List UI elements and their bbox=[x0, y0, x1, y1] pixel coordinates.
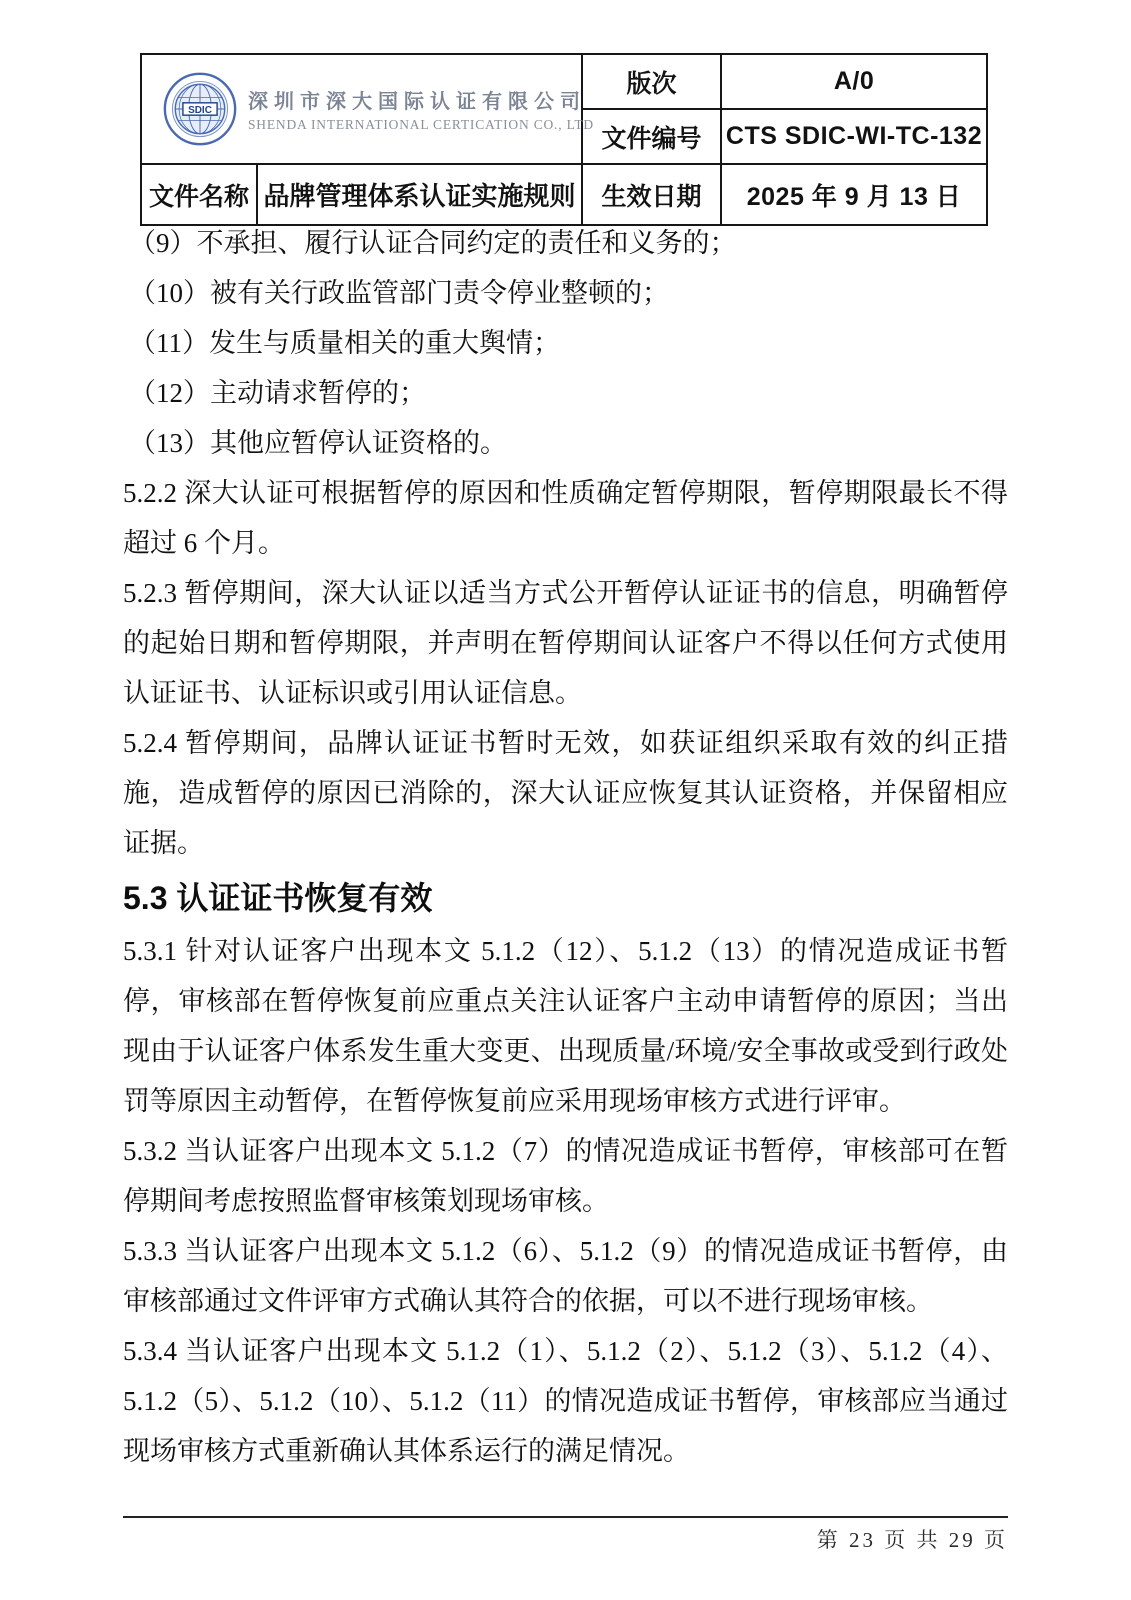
doc-number-value: CTS SDIC-WI-TC-132 bbox=[721, 109, 987, 164]
document-page: SDIC 深圳市深大国际认证有限公司 SHENDA INTERNATIONAL … bbox=[0, 0, 1131, 1600]
doc-name-label: 文件名称 bbox=[141, 164, 257, 225]
clause-5-3-1: 5.3.1 针对认证客户出现本文 5.1.2（12）、5.1.2（13）的情况造… bbox=[123, 926, 1008, 1126]
company-header-cell: SDIC 深圳市深大国际认证有限公司 SHENDA INTERNATIONAL … bbox=[141, 54, 582, 164]
clause-5-2-2: 5.2.2 深大认证可根据暂停的原因和性质确定暂停期限，暂停期限最长不得超过 6… bbox=[123, 468, 1008, 568]
document-header-table: SDIC 深圳市深大国际认证有限公司 SHENDA INTERNATIONAL … bbox=[140, 53, 988, 226]
effective-date-label: 生效日期 bbox=[582, 164, 721, 225]
clause-5-2-3: 5.2.3 暂停期间，深大认证以适当方式公开暂停认证证书的信息，明确暂停的起始日… bbox=[123, 568, 1008, 718]
clause-5-3-4: 5.3.4 当认证客户出现本文 5.1.2（1）、5.1.2（2）、5.1.2（… bbox=[123, 1326, 1008, 1476]
doc-number-label: 文件编号 bbox=[582, 109, 721, 164]
version-value: A/0 bbox=[721, 54, 987, 109]
list-item-11: （11）发生与质量相关的重大舆情； bbox=[123, 318, 1008, 368]
list-item-10: （10）被有关行政监管部门责令停业整顿的； bbox=[123, 268, 1008, 318]
logo-monogram: SDIC bbox=[188, 105, 212, 116]
clause-5-3-3: 5.3.3 当认证客户出现本文 5.1.2（6）、5.1.2（9）的情况造成证书… bbox=[123, 1226, 1008, 1326]
list-item-12: （12）主动请求暂停的； bbox=[123, 368, 1008, 418]
company-name-en: SHENDA INTERNATIONAL CERTICATION CO., LT… bbox=[248, 117, 577, 133]
document-body: （9）不承担、履行认证合同约定的责任和义务的； （10）被有关行政监管部门责令停… bbox=[123, 218, 1008, 1476]
doc-name-value: 品牌管理体系认证实施规则 bbox=[257, 164, 582, 225]
version-label: 版次 bbox=[582, 54, 721, 109]
section-heading-5-3: 5.3 认证证书恢复有效 bbox=[123, 870, 1008, 926]
list-item-13: （13）其他应暂停认证资格的。 bbox=[123, 418, 1008, 468]
company-name-cn: 深圳市深大国际认证有限公司 bbox=[248, 85, 577, 114]
list-item-9: （9）不承担、履行认证合同约定的责任和义务的； bbox=[123, 218, 1008, 268]
document-footer: 第 23 页 共 29 页 bbox=[123, 1516, 1008, 1554]
effective-date-value: 2025 年 9 月 13 日 bbox=[721, 164, 987, 225]
company-logo-icon: SDIC bbox=[162, 71, 238, 147]
page-number: 第 23 页 共 29 页 bbox=[123, 1524, 1008, 1554]
clause-5-3-2: 5.3.2 当认证客户出现本文 5.1.2（7）的情况造成证书暂停，审核部可在暂… bbox=[123, 1126, 1008, 1226]
clause-5-2-4: 5.2.4 暂停期间，品牌认证证书暂时无效，如获证组织采取有效的纠正措施，造成暂… bbox=[123, 718, 1008, 868]
